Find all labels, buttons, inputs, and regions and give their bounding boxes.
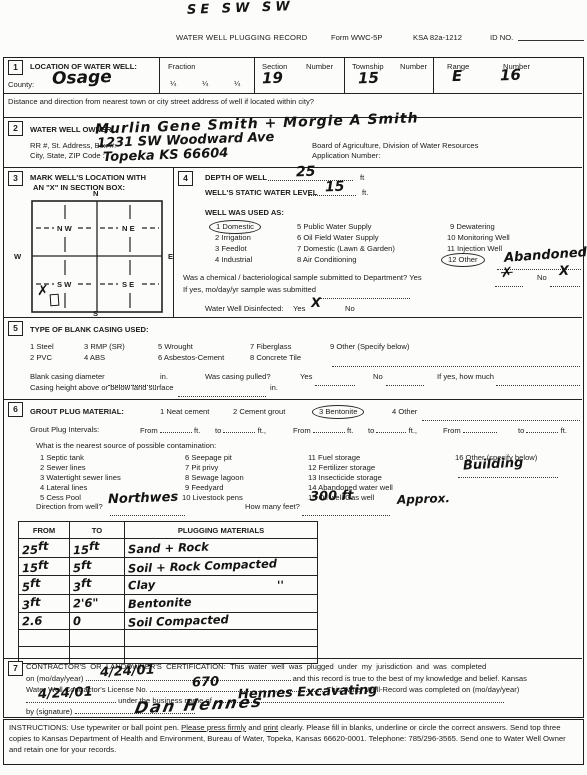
instructions-text: INSTRUCTIONS: Use typewriter or ball poi… bbox=[9, 723, 566, 754]
contam-other-dotline bbox=[458, 470, 558, 478]
fraction-q3: ¼ bbox=[234, 79, 240, 88]
range-number-value: 16 bbox=[500, 66, 521, 85]
casing-option-rmp: 3 RMP (SR) bbox=[84, 342, 125, 351]
casing-option-asbestos: 6 Asbestos-Cement bbox=[158, 353, 224, 362]
pulled-yes-label: Yes bbox=[300, 372, 312, 381]
use-option-injection: 11 Injection Well bbox=[447, 244, 502, 253]
from-column-header: FROM bbox=[19, 522, 70, 539]
quadrant-ne-label: N E bbox=[122, 224, 135, 233]
contam-watertight-sewer: 3 Watertight sewer lines bbox=[40, 473, 121, 482]
contam-sewer-lines: 2 Sewer lines bbox=[40, 463, 86, 472]
compass-west-label: W bbox=[14, 252, 21, 261]
fraction-q2: ¼ bbox=[202, 79, 208, 88]
section4-number-box: 4 bbox=[178, 171, 193, 186]
casing-option-other: 9 Other (Specify below) bbox=[330, 342, 409, 351]
section6-title: GROUT PLUG MATERIAL: bbox=[30, 407, 124, 416]
how-many-feet-label: How many feet? bbox=[245, 502, 300, 511]
s7-top-border bbox=[3, 658, 582, 659]
form-number: Form WWC-5P bbox=[331, 33, 382, 42]
depth-ft-label: ft bbox=[360, 173, 364, 182]
direction-dotline bbox=[110, 508, 185, 516]
board-of-agriculture-label: Board of Agriculture, Division of Water … bbox=[312, 141, 478, 150]
grout-option-neat-cement: 1 Neat cement bbox=[160, 407, 209, 416]
contam-lateral-lines: 4 Lateral lines bbox=[40, 483, 87, 492]
contam-pit-privy: 7 Pit privy bbox=[185, 463, 218, 472]
pulled-no-label: No bbox=[373, 372, 383, 381]
pulled-yes-dotline bbox=[315, 378, 355, 386]
well-location-x-mark: ✗ bbox=[37, 283, 49, 299]
contam-seepage-pit: 6 Seepage pit bbox=[185, 453, 232, 462]
table-header-row: FROM TO PLUGGING MATERIALS bbox=[19, 522, 318, 539]
chem-no-mark: X bbox=[559, 264, 570, 279]
chem-no-label: No bbox=[537, 273, 547, 282]
casing-other-dotline bbox=[332, 359, 580, 367]
feet-value: 300 ft bbox=[310, 488, 354, 505]
section3-title-line1: MARK WELL'S LOCATION WITH bbox=[30, 173, 146, 182]
s1-divider-4 bbox=[433, 57, 434, 93]
range-direction-value: E bbox=[452, 67, 463, 85]
depth-of-well-label: DEPTH OF WELL bbox=[205, 173, 267, 182]
statute-ref: KSA 82a-1212 bbox=[413, 33, 462, 42]
interval-from2: From ft. bbox=[293, 425, 353, 435]
use-option-other: 12 Other bbox=[447, 255, 479, 265]
section2-number-box: 2 bbox=[8, 121, 23, 136]
contam-fuel-storage: 11 Fuel storage bbox=[308, 453, 360, 462]
section6-number-box: 6 bbox=[8, 402, 23, 417]
casing-height-dotline bbox=[178, 389, 266, 397]
direction-value: Northwes bbox=[108, 490, 179, 507]
direction-from-well-label: Direction from well? bbox=[36, 502, 103, 511]
contam-feedyard: 9 Feedyard bbox=[185, 483, 223, 492]
section-number-label: Number bbox=[306, 62, 333, 71]
contam-livestock-pens: 10 Livestock pens bbox=[182, 493, 243, 502]
section5-title: TYPE OF BLANK CASING USED: bbox=[30, 325, 149, 334]
grout-option-cement-grout: 2 Cement grout bbox=[233, 407, 285, 416]
s1-divider-3 bbox=[344, 57, 345, 93]
interval-from3: From bbox=[443, 425, 497, 435]
table-row: 2.6 0 Soil Compacted bbox=[19, 613, 318, 630]
contam-cess-pool: 5 Cess Pool bbox=[40, 493, 81, 502]
instructions-box: INSTRUCTIONS: Use typewriter or ball poi… bbox=[3, 719, 584, 765]
section7-number-box: 7 bbox=[8, 661, 23, 676]
certification-line1: CONTRACTOR'S OR LANDOWNER'S CERTIFICATIO… bbox=[26, 662, 486, 671]
fraction-label: Fraction bbox=[168, 62, 195, 71]
casing-height-label: Casing height above or below land surfac… bbox=[30, 383, 174, 392]
id-no-line bbox=[518, 40, 584, 41]
interval-to3: to ft. bbox=[518, 425, 567, 435]
use-option-air-conditioning: 8 Air Conditioning bbox=[297, 255, 357, 264]
disinfected-yes-label: Yes bbox=[293, 304, 305, 313]
s1-divider-2 bbox=[254, 57, 255, 93]
contam-fertilizer-storage: 12 Fertilizer storage bbox=[308, 463, 375, 472]
materials-column-header: PLUGGING MATERIALS bbox=[125, 522, 318, 539]
compass-north-label: N bbox=[93, 189, 98, 198]
casing-option-pvc: 2 PVC bbox=[30, 353, 52, 362]
section-number-value: 19 bbox=[262, 69, 283, 88]
contam-sewage-lagoon: 8 Sewage lagoon bbox=[185, 473, 244, 482]
chem-yes-mark: ✗ bbox=[501, 265, 513, 281]
casing-pulled-label: Was casing pulled? bbox=[205, 372, 271, 381]
casing-option-concrete: 8 Concrete Tile bbox=[250, 353, 301, 362]
table-row: 5ft 3ft Clay'' bbox=[19, 576, 318, 595]
distance-question: Distance and direction from nearest town… bbox=[8, 97, 314, 106]
s4-bottom-border bbox=[3, 317, 582, 318]
use-option-industrial: 4 Industrial bbox=[215, 255, 252, 264]
id-no-label: ID NO. bbox=[490, 33, 513, 42]
county-value: Osage bbox=[52, 67, 112, 89]
s1-divider-1 bbox=[159, 57, 160, 93]
how-much-label: If yes, how much bbox=[437, 372, 494, 381]
grout-option-other: 4 Other bbox=[392, 407, 417, 416]
contam-insecticide-storage: 13 Insecticide storage bbox=[308, 473, 382, 482]
township-number-label: Number bbox=[400, 62, 427, 71]
well-location-square-mark bbox=[50, 294, 60, 307]
county-label: County: bbox=[8, 80, 34, 89]
license-number-value: 670 bbox=[192, 675, 220, 691]
section1-number-box: 1 bbox=[8, 60, 23, 75]
grout-intervals-label: Grout Plug Intervals: bbox=[30, 425, 99, 434]
table-row: 15ft 5ft Soil + Rock Compacted bbox=[19, 557, 318, 576]
use-option-public-water: 5 Public Water Supply bbox=[297, 222, 371, 231]
disinfected-no-label: No bbox=[345, 304, 355, 313]
static-ft-label: ft. bbox=[362, 188, 368, 197]
casing-diameter-label: Blank casing diameter bbox=[30, 372, 105, 381]
interval-to1: to ft., bbox=[215, 425, 266, 435]
to-column-header: TO bbox=[70, 522, 125, 539]
table-row: 25ft 15ft Sand + Rock bbox=[19, 539, 318, 558]
fraction-q1: ¼ bbox=[170, 79, 176, 88]
contam-septic-tank: 1 Septic tank bbox=[40, 453, 84, 462]
use-option-oil-field: 6 Oil Field Water Supply bbox=[297, 233, 379, 242]
s3-s4-divider bbox=[173, 167, 174, 317]
feet-approx-value: Approx. bbox=[397, 491, 450, 507]
s1-row-divider bbox=[3, 93, 582, 94]
depth-value: 25 bbox=[296, 164, 316, 181]
chemical-sample-question: Was a chemical / bacteriological sample … bbox=[183, 273, 422, 282]
casing-option-fiberglass: 7 Fiberglass bbox=[250, 342, 291, 351]
casing-option-abs: 4 ABS bbox=[84, 353, 105, 362]
sample-date-dotline bbox=[320, 291, 410, 299]
static-level-value: 15 bbox=[325, 179, 345, 196]
top-quarter-call-note: SE SW SW bbox=[187, 0, 294, 18]
contamination-question: What is the nearest source of possible c… bbox=[36, 441, 216, 450]
use-option-domestic-lawn: 7 Domestic (Lawn & Garden) bbox=[297, 244, 395, 253]
completed-date-value: 4/24/01 bbox=[100, 663, 155, 681]
township-number-value: 15 bbox=[358, 69, 379, 88]
casing-height-in-label: in. bbox=[270, 383, 278, 392]
disinfected-yes-mark: X bbox=[311, 296, 322, 311]
city-state-zip-label: City, State, ZIP Code : bbox=[30, 151, 105, 160]
casing-option-steel: 1 Steel bbox=[30, 342, 54, 351]
grout-option-bentonite: 3 Bentonite bbox=[318, 407, 358, 417]
quadrant-se-label: S E bbox=[122, 280, 134, 289]
chem-no-dotline bbox=[550, 279, 580, 287]
if-yes-sample-label: If yes, mo/day/yr sample was submitted bbox=[183, 285, 316, 294]
application-number-label: Application Number: bbox=[312, 151, 380, 160]
pulled-no-dotline bbox=[386, 378, 424, 386]
casing-option-wrought: 5 Wrought bbox=[158, 342, 193, 351]
plugging-materials-table: FROM TO PLUGGING MATERIALS 25ft 15ft San… bbox=[18, 521, 318, 664]
use-option-monitoring: 10 Monitoring Well bbox=[447, 233, 510, 242]
static-level-label: WELL'S STATIC WATER LEVEL bbox=[205, 188, 317, 197]
s2-bottom-border bbox=[3, 167, 582, 168]
diameter-in-label: in. bbox=[160, 372, 168, 381]
form-title: WATER WELL PLUGGING RECORD bbox=[176, 33, 308, 42]
table-row bbox=[19, 630, 318, 647]
well-used-as-label: WELL WAS USED AS: bbox=[205, 208, 284, 217]
s5-bottom-border bbox=[3, 399, 582, 400]
use-option-dewatering: 9 Dewatering bbox=[450, 222, 495, 231]
grout-other-dotline bbox=[422, 413, 580, 421]
record-date-value: 4/24/01 bbox=[38, 685, 93, 703]
how-much-dotline bbox=[496, 378, 580, 386]
section3-number-box: 3 bbox=[8, 171, 23, 186]
scanned-form-page: SE SW SW WATER WELL PLUGGING RECORD Form… bbox=[0, 0, 587, 775]
use-option-feedlot: 3 Feedlot bbox=[215, 244, 247, 253]
section3-title-line2: AN "X" IN SECTION BOX: bbox=[33, 183, 125, 192]
table-row: 3ft 2'6" Bentonite bbox=[19, 594, 318, 613]
interval-to2: to ft., bbox=[368, 425, 417, 435]
section5-number-box: 5 bbox=[8, 321, 23, 336]
interval-from1: From ft. bbox=[140, 425, 200, 435]
use-option-irrigation: 2 Irrigation bbox=[215, 233, 251, 242]
disinfected-label: Water Well Disinfected: bbox=[205, 304, 284, 313]
quadrant-sw-label: S W bbox=[57, 280, 71, 289]
feet-dotline bbox=[302, 508, 390, 516]
quadrant-nw-label: N W bbox=[57, 224, 72, 233]
use-option-domestic: 1 Domestic bbox=[215, 222, 255, 232]
